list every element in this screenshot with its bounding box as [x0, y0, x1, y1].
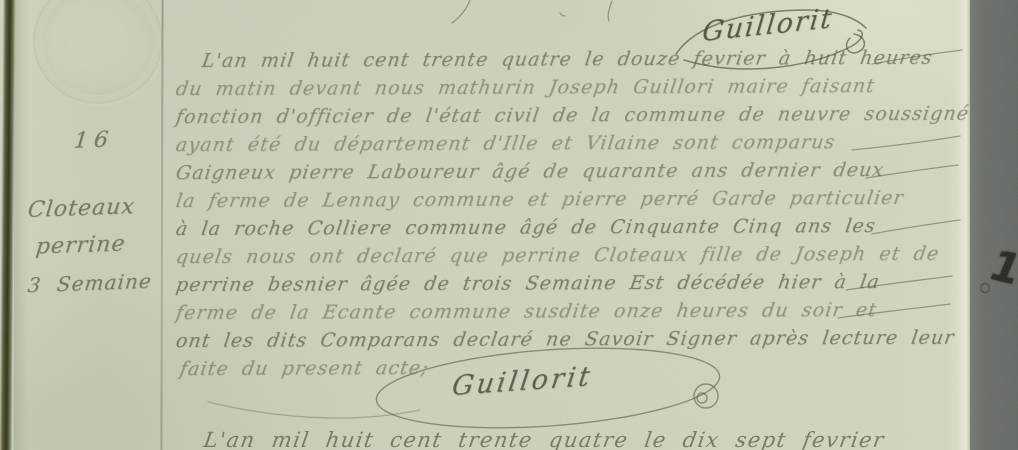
- signature-top: Guillorit: [701, 3, 835, 48]
- scanner-background: [970, 0, 1018, 450]
- manuscript-line: la ferme de Lennay commune et pierre per…: [174, 184, 965, 215]
- cropped-stroke: [452, 0, 470, 23]
- manuscript-line: Gaigneux pierre Laboureur âgé de quarant…: [174, 156, 965, 187]
- manuscript-line: à la roche Colliere commune âgé de Cinqu…: [174, 212, 965, 243]
- manuscript-line: fonction d'officier de l'état civil de l…: [174, 100, 965, 131]
- binding-shadow: [14, 0, 28, 450]
- manuscript-line: ayant été du département d'Ille et Vilai…: [174, 128, 965, 159]
- manuscript-line: perrine besnier âgée de trois Semaine Es…: [174, 268, 965, 299]
- embossed-stamp-icon: [33, 0, 163, 104]
- margin-rule-line: [160, 0, 163, 450]
- cropped-stroke: [560, 13, 565, 16]
- manuscript-line: ferme de la Ecante commune susdite onze …: [174, 296, 965, 327]
- margin-given-name: perrine: [34, 231, 126, 259]
- next-act-partial-line: L'an mil huit cent trente quatre le dix …: [202, 428, 887, 450]
- manuscript-line: du matin devant nous mathurin Joseph Gui…: [174, 72, 965, 103]
- manuscript-line: ont les dits Comparans declaré ne Savoir…: [174, 324, 965, 355]
- margin-age-note: 3 Semaine: [26, 269, 153, 297]
- margin-surname: Cloteaux: [26, 194, 136, 223]
- margin-act-number: 16: [73, 127, 116, 153]
- manuscript-line: quels nous ont declaré que perrine Clote…: [174, 240, 965, 271]
- document-scan: 16 Cloteaux perrine 3 Semaine Guillorit …: [0, 0, 1018, 450]
- manuscript-body: L'an mil huit cent trente quatre le douz…: [176, 47, 962, 383]
- manuscript-line: L'an mil huit cent trente quatre le douz…: [174, 44, 965, 75]
- cropped-stroke: [608, 1, 612, 21]
